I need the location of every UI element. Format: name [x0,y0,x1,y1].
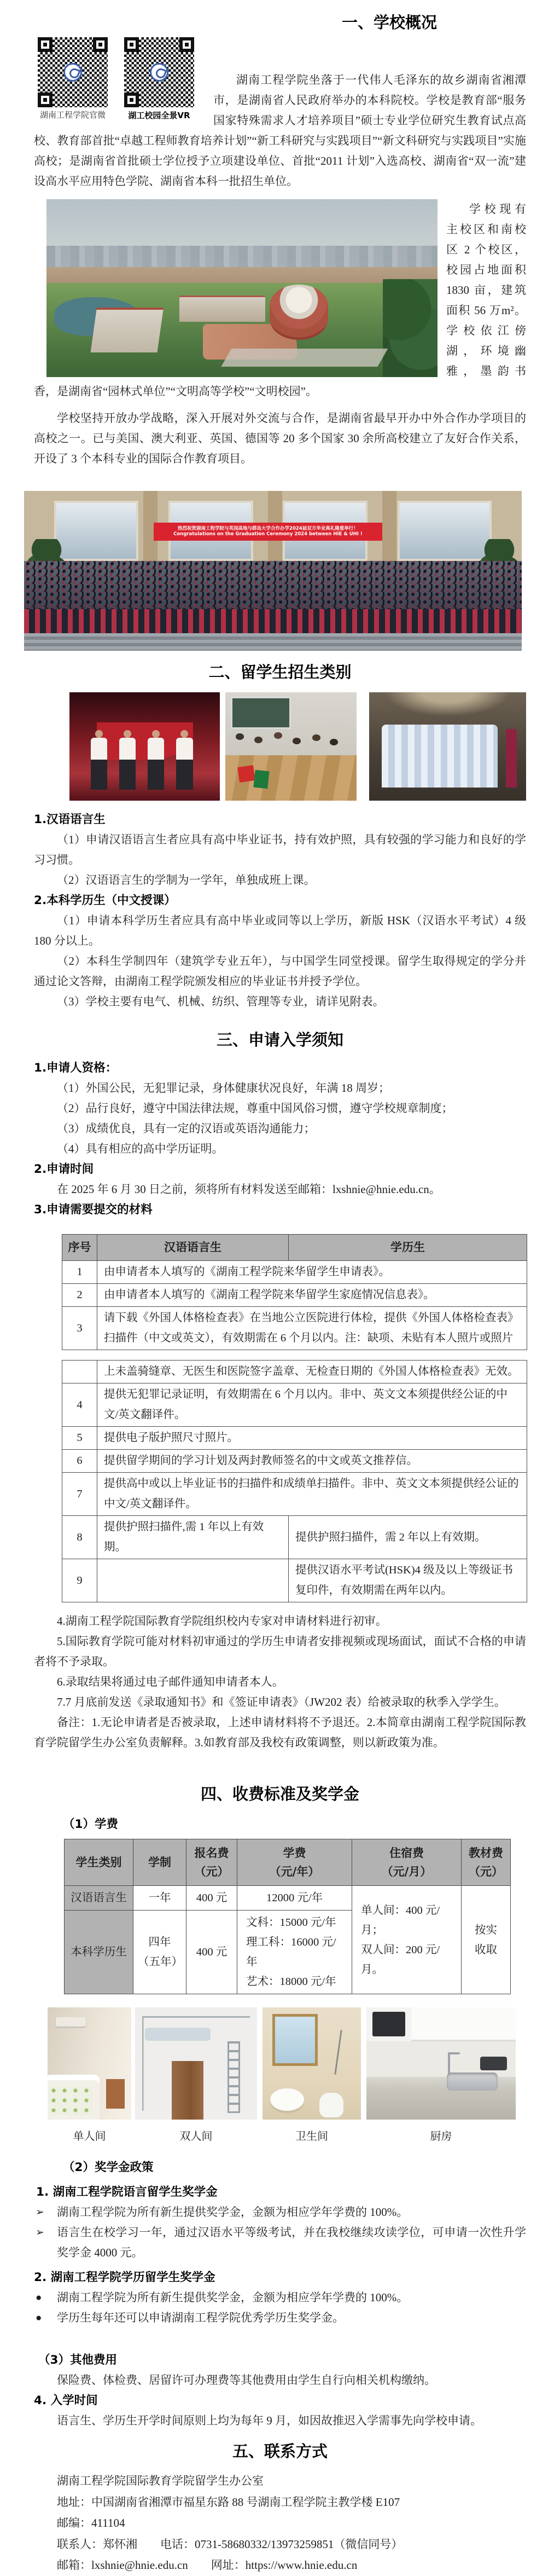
admission-brochure-page: 一、学校概况 湖南工程学院官微 湖工校园全景VR 湖南工程学院坐落于一代伟人毛泽… [0,11,560,2576]
dormitory-captions-row: 单人间 双人间 卫生间 厨房 [34,2127,526,2143]
photo-caption: 卫生间 [262,2127,361,2143]
degree-scholarship-title: 2. 湖南工程学院学历留学生奖学金 [34,2267,526,2288]
table-row: 9 提供汉语水平考试(HSK)4 级及以上等级证书复印件，有效期需在两年以内。 [62,1559,527,1602]
qualification-item: （4）具有相应的高中学历证明。 [34,1139,526,1159]
stairs [24,633,522,651]
degree-student-item: （2）本科生学制四年（建筑学专业五年），与中国学生同堂授课。留学生取得规定的学分… [34,951,526,992]
row-text: 由申请者本人填写的《湖南工程学院来华留学生申请表》。 [97,1261,527,1284]
microwave [372,2012,405,2036]
pakistan-flag [253,769,270,788]
performance-photo [69,692,220,801]
row-text-degree-student: 提供汉语水平考试(HSK)4 级及以上等级证书复印件，有效期需在两年以内。 [289,1559,527,1602]
row-seq: 4 [62,1383,97,1427]
column-header: 住宿费 （元/月） [352,1839,462,1886]
row-seq: 3 [62,1307,97,1350]
scholarship-item-text: 湖南工程学院为所有新生提供奖学金，金额为相应学年学费的 100%。 [57,2291,408,2304]
language-student-item: （2）汉语语言生的学制为一学年，单独成班上课。 [34,870,526,890]
row-seq: 8 [62,1516,97,1559]
registration-fee-cell: 400 元 [186,1886,237,1911]
scholarship-item: ➢ 湖南工程学院为所有新生提供奖学金，金额为相应学年学费的 100%。 [34,2202,526,2222]
conductor-figure [506,729,517,788]
round-library-building [270,285,328,340]
faucet [448,2052,450,2075]
table-row: 8 提供护照扫描件,需 1 年以上有效期。 提供护照扫描件，需 2 年以上有效期… [62,1516,527,1559]
scholarship-heading: （2）奖学金政策 [63,2157,526,2178]
other-fees-heading: （3）其他费用 [38,2350,526,2370]
textbook-fee-cell: 按实 收取 [462,1886,511,1994]
washbasin [270,2088,304,2111]
qr-finder-icon [93,37,108,52]
qr-code-image [124,37,194,107]
row-text: 提供高中或以上毕业证书的扫描件和成绩单扫描件。非中、英文文本须提供经公证的中文/… [97,1473,527,1516]
banner-text-zh: 热烈祝贺湖南工程学院与英国高地与群岛大学合作办学2024届双方毕业典礼隆重举行！ [156,526,381,532]
column-header: 序号 [62,1235,97,1261]
tuition-cell: 文科：15000 元/年 理工科：16000 元/年 艺术：18000 元/年 [237,1911,352,1994]
qr-caption: 湖南工程学院官微 [34,109,112,122]
qr-item-wechat: 湖南工程学院官微 [34,37,112,122]
other-fees-text: 保险费、体检费、居留许可办理费等其他费用由学生自行向相关机构缴纳。 [34,2370,526,2390]
bunk-ladder [227,2041,240,2113]
contact-person-phone: 联系人：郑怀湘 电话：0731-58680332/13973259851（微信同… [57,2534,526,2555]
row-seq: 2 [62,1284,97,1307]
dormitory-photos-row [34,2007,526,2120]
arrow-bullet-icon: ➢ [36,2202,44,2222]
qr-code-block: 湖南工程学院官微 湖工校园全景VR [34,37,198,122]
section-title-application-notes: 三、申请入学须知 [34,1028,526,1051]
table-row: 1 由申请者本人填写的《湖南工程学院来华留学生申请表》。 [62,1261,527,1284]
qr-code-image [38,37,108,107]
air-conditioner [56,2017,86,2026]
row-seq: 9 [62,1559,97,1602]
school-logo-icon [63,63,82,82]
bathroom-photo [262,2007,361,2120]
row-seq [62,1361,97,1383]
note-item: 6.录取结果将通过电子邮件通知申请者本人。 [34,1672,526,1692]
degree-student-item: （1）申请本科学历生者应具有高中毕业或同等以上学历，新版 HSK（汉语水平考试）… [34,911,526,951]
tuition-heading: （1）学费 [63,1814,526,1834]
application-time-heading: 2.申请时间 [34,1159,526,1179]
toilet [319,2093,343,2117]
column-header: 汉语语言生 [97,1235,289,1261]
table-row: 汉语语言生 一年 400 元 12000 元/年 单人间：400 元/月； 双人… [65,1886,511,1911]
qr-caption: 湖工校园全景VR [120,109,198,122]
graduation-banner: 热烈祝贺湖南工程学院与英国高地与群岛大学合作办学2024届双方毕业典礼隆重举行！… [154,523,383,540]
qualification-item: （2）品行良好，遵守中国法律法规，尊重中国风俗习惯，遵守学校规章制度； [34,1098,526,1119]
table-row: 2 由申请者本人填写的《湖南工程学院来华留学生家庭情况信息表》。 [62,1284,527,1307]
section-title-school-overview: 一、学校概况 [198,11,560,34]
graduation-group-photo: 热烈祝贺湖南工程学院与英国高地与群岛大学合作办学2024届双方毕业典礼隆重举行！… [24,491,522,651]
qr-finder-icon [179,37,194,52]
chalkboard [231,697,291,729]
column-header: 报名费 （元） [186,1839,237,1886]
materials-heading: 3.申请需要提交的材料 [34,1200,526,1220]
enrollment-time-heading: 4. 入学时间 [34,2390,526,2411]
table-header-row: 序号 汉语语言生 学历生 [62,1235,527,1261]
row-text: 提供留学期间的学习计划及两封教师签名的中文或英文推荐信。 [97,1450,527,1473]
row-text: 提供电子版护照尺寸照片。 [97,1427,527,1450]
scholarship-item: ● 湖南工程学院为所有新生提供奖学金，金额为相应学年学费的 100%。 [34,2288,526,2308]
banner-text-en: Congratulations on the Graduation Ceremo… [156,531,381,537]
contact-office: 湖南工程学院国际教育学院留学生办公室 [57,2470,526,2492]
language-student-item: （1）申请汉语语言生者应具有高中毕业证书，持有效护照，具有较强的学习能力和良好的… [34,830,526,870]
kitchen-sink [447,2073,498,2091]
kitchen-photo [366,2007,516,2120]
double-room-photo [135,2007,257,2120]
row-seq: 1 [62,1261,97,1284]
table-row: 5 提供电子版护照尺寸照片。 [62,1427,527,1450]
campus-aerial-photo [46,199,437,377]
degree-student-heading: 2.本科学历生（中文授课） [34,890,526,911]
fee-table: 学生类别 学制 报名费 （元） 学费 （元/年） 住宿费 （元/月） 教材费 （… [64,1839,511,1994]
dorm-fee-cell: 单人间：400 元/月； 双人间：200 元/月。 [352,1886,462,1994]
section-title-fees-scholarships: 四、收费标准及奖学金 [34,1782,526,1805]
choir-photo [369,692,526,801]
qr-finder-icon [124,92,139,107]
category-photos-row [34,692,526,801]
qr-finder-icon [124,37,139,52]
materials-table-part2: 上未盖骑缝章、无医生和医院签字盖章、无检查日期的《外国人体格检查表》无效。 4 … [62,1360,527,1602]
table-row: 3 请下载《外国人体格检查表》在当地公立医院进行体检，提供《外国人体格检查表》扫… [62,1307,527,1350]
degree-student-item: （3）学校主要有电气、机械、纺织、管理等专业，请详见附表。 [34,992,526,1012]
single-room-photo [48,2007,131,2120]
qualification-heading: 1.申请人资格： [34,1058,526,1078]
arrow-bullet-icon: ➢ [36,2222,44,2243]
table-header-row: 学生类别 学制 报名费 （元） 学费 （元/年） 住宿费 （元/月） 教材费 （… [65,1839,511,1886]
tuition-cell: 12000 元/年 [237,1886,352,1911]
window [272,2014,318,2065]
row-text-language-student [97,1559,289,1602]
row-seq: 6 [62,1450,97,1473]
china-flag [237,765,255,782]
qualification-item: （3）成绩优良，具有一定的汉语或英语沟通能力； [34,1119,526,1139]
cooperation-paragraph: 学校坚持开放办学战略，深入开展对外交流与合作，是湖南省最早开办中外合作办学项目的… [34,408,526,469]
row-text-degree-student: 提供护照扫描件，需 2 年以上有效期。 [289,1516,527,1559]
years-cell: 四年 （五年） [133,1911,186,1994]
scholarship-item: ● 学历生每年还可以申请湖南工程学院优秀学历生奖学金。 [34,2308,526,2328]
qualification-item: （1）外国公民，无犯罪记录，身体健康状况良好，年满 18 周岁； [34,1078,526,1098]
contact-address: 地址：中国湖南省湘潭市福星东路 88 号湖南工程学院主教学楼 E107 [57,2492,526,2513]
column-header: 学历生 [289,1235,527,1261]
column-header: 学制 [133,1839,186,1886]
column-header: 学生类别 [65,1839,133,1886]
language-scholarship-title: 1. 湖南工程学院语言留学生奖学金 [36,2182,526,2202]
dot-bullet-icon: ● [36,2308,42,2328]
section-title-student-categories: 二、留学生招生类别 [34,661,526,684]
photo-caption: 单人间 [48,2127,131,2143]
table-row: 上未盖骑缝章、无医生和医院签字盖章、无检查日期的《外国人体格检查表》无效。 [62,1361,527,1383]
table-row: 7 提供高中或以上毕业证书的扫描件和成绩单扫描件。非中、英文文本须提供经公证的中… [62,1473,527,1516]
scholarship-item-text: 湖南工程学院为所有新生提供奖学金，金额为相应学年学费的 100%。 [57,2205,408,2219]
column-header: 学费 （元/年） [237,1839,352,1886]
table-row: 4 提供无犯罪记录证明，有效期需在 6 个月以内。非中、英文文本须提供经公证的中… [62,1383,527,1427]
school-logo-icon [150,63,168,82]
qr-finder-icon [38,92,52,107]
photo-caption: 双人间 [135,2127,257,2143]
row-seq: 7 [62,1473,97,1516]
application-time-text: 在 2025 年 6 月 30 日之前，须将所有材料发送至邮箱：lxshnie@… [34,1179,526,1200]
note-item: 5.国际教育学院可能对材料初审通过的学历生申请者安排视频或现场面试，面试不合格的… [34,1631,526,1672]
table-row: 6 提供留学期间的学习计划及两封教师签名的中文或英文推荐信。 [62,1450,527,1473]
years-cell: 一年 [133,1886,186,1911]
note-item: 7.7 月底前发送《录取通知书》和《签证申请表》（JW202 表）给被录取的秋季… [34,1692,526,1712]
column-header: 教材费 （元） [462,1839,511,1886]
scholarship-item-text: 学历生每年还可以申请湖南工程学院优秀学历生奖学金。 [57,2311,344,2324]
enrollment-time-text: 语言生、学历生开学时间原则上均为每年 9 月，如因故推迟入学需事先向学校申请。 [34,2411,526,2431]
category-cell: 汉语语言生 [65,1886,133,1911]
row-seq: 5 [62,1427,97,1450]
scholarship-item-text: 语言生在校学习一年，通过汉语水平等级考试，并在我校继续攻读学位，可申请一次性升学… [57,2226,526,2259]
contact-postcode: 邮编：411104 [57,2513,526,2534]
wardrobe [172,2061,203,2120]
row-text-language-student: 提供护照扫描件,需 1 年以上有效期。 [97,1516,289,1559]
note-item: 4.湖南工程学院国际教育学院组织校内专家对申请材料进行初审。 [34,1611,526,1631]
contact-email-website: 邮箱：lxshnie@hnie.edu.cn 网址：https://www.hn… [57,2555,526,2576]
section-title-contact: 五、联系方式 [34,2440,526,2463]
row-text: 上未盖骑缝章、无医生和医院签字盖章、无检查日期的《外国人体格检查表》无效。 [97,1361,527,1383]
scholarship-item: ➢ 语言生在校学习一年，通过汉语水平等级考试，并在我校继续攻读学位，可申请一次性… [34,2222,526,2263]
classroom-photo [225,692,357,801]
dot-bullet-icon: ● [36,2288,42,2308]
row-text: 提供无犯罪记录证明，有效期需在 6 个月以内。非中、英文文本须提供经公证的中文/… [97,1383,527,1427]
language-student-heading: 1.汉语语言生 [34,809,526,830]
qr-finder-icon [38,37,52,52]
row-text: 由申请者本人填写的《湖南工程学院来华留学生家庭情况信息表》。 [97,1284,527,1307]
registration-fee-cell: 400 元 [186,1911,237,1994]
induction-cooker [480,2057,507,2070]
photo-caption: 厨房 [366,2127,516,2143]
qr-item-vr: 湖工校园全景VR [120,37,198,122]
row-text: 请下载《外国人体格检查表》在当地公立医院进行体检，提供《外国人体格检查表》扫描件… [97,1307,527,1350]
remark-paragraph: 备注：1.无论申请者是否被录取，上述申请材料将不予退还。2.本简章由湖南工程学院… [34,1712,526,1753]
materials-table-part1: 序号 汉语语言生 学历生 1 由申请者本人填写的《湖南工程学院来华留学生申请表》… [62,1234,527,1350]
category-cell: 本科学历生 [65,1911,133,1994]
